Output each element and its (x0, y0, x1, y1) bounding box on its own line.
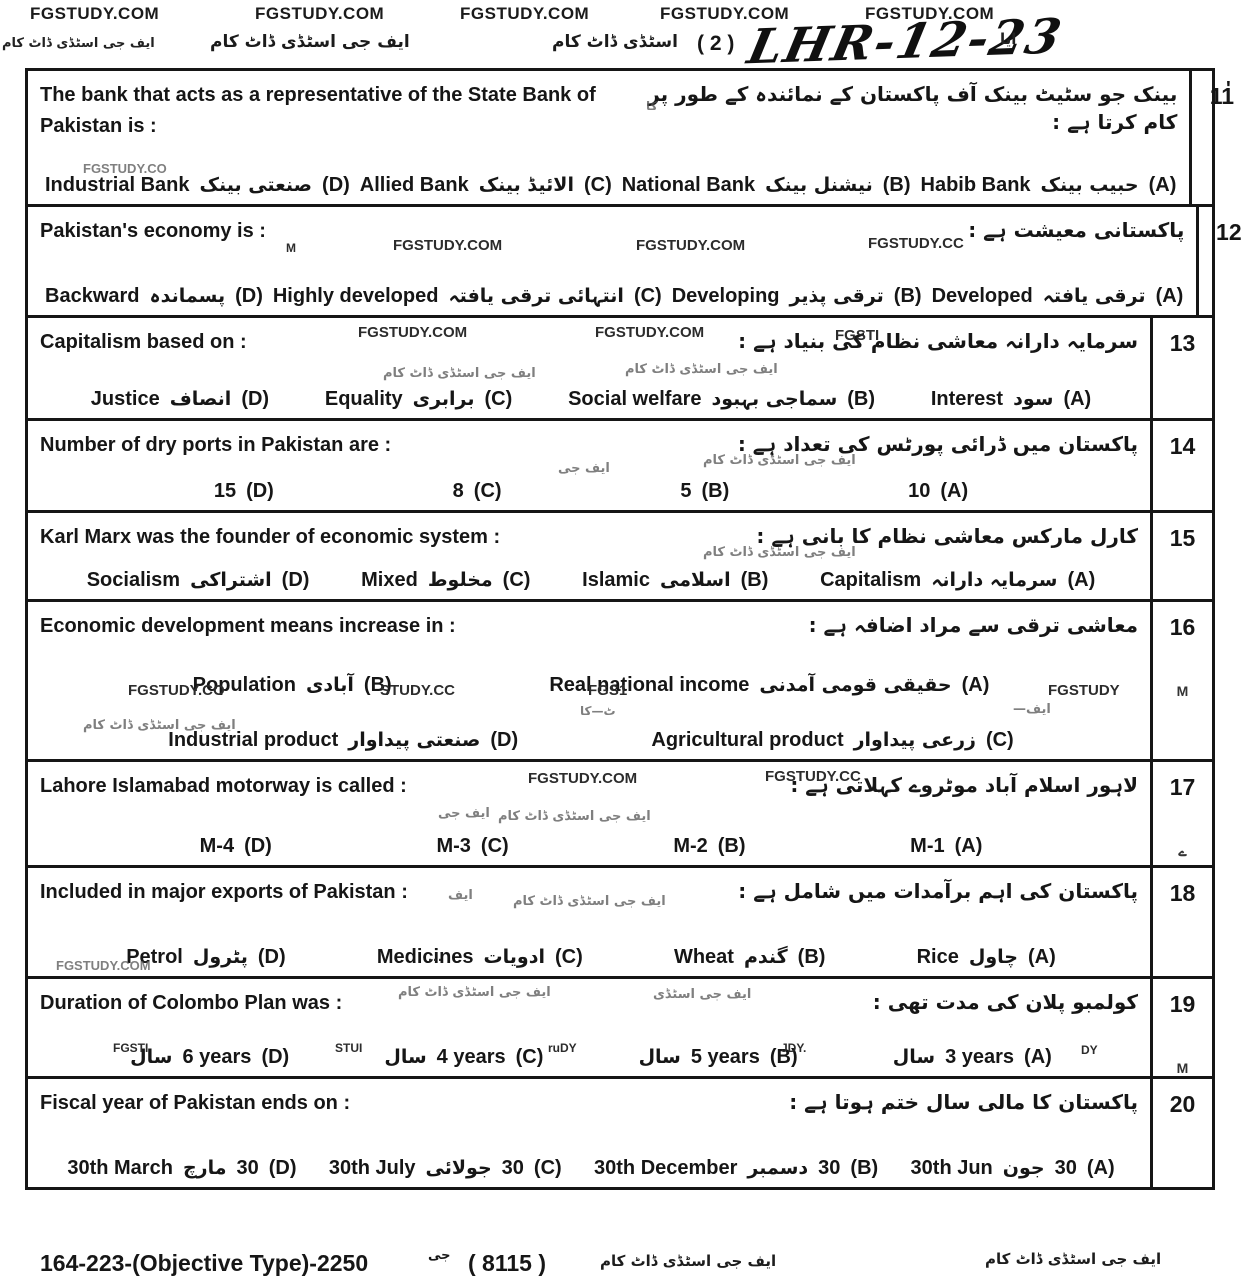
option-text: (A) (962, 674, 990, 696)
option-B: 30th Decemberدسمبر30(B) (589, 1157, 883, 1180)
watermark-fragment: FGS1 (588, 682, 627, 699)
option-text: (B) (798, 946, 826, 968)
watermark-fragment: FGSTI (113, 1041, 148, 1055)
watermark-fragment: FGSTUDY.CC (868, 235, 964, 252)
option-text-ur: سود (1013, 388, 1053, 410)
number-cell-fragment: ے (1153, 843, 1212, 860)
option-A: Capitalismسرمایہ دارانہ(A) (815, 569, 1100, 592)
option-text: (A) (1024, 1046, 1052, 1068)
question-number: 20 (1170, 1091, 1196, 1117)
watermark-fragment: FGSTUDY.COM (528, 770, 637, 787)
option-text: Medicines (377, 946, 474, 968)
options-row: Interestسود(A)Social welfareسماجی بہبود(… (40, 388, 1142, 411)
option-A: Interestسود(A) (926, 388, 1096, 411)
question-cell: The bank that acts as a representative o… (28, 71, 1189, 204)
watermark-fragment: ruDY (548, 1041, 577, 1055)
question-number: 19 (1170, 991, 1196, 1017)
question-text-en: The bank that acts as a representative o… (40, 80, 616, 142)
option-D: Socialismاشتراکی(D) (82, 569, 315, 592)
urdu-fragment: ایا (1000, 30, 1016, 48)
urdu-watermark: ایف جی اسٹڈی ڈاٹ کام (985, 1250, 1161, 1268)
question-text-ur: پاکستان کی اہم برآمدات میں شامل ہے : (738, 877, 1142, 905)
option-text-ur: اسلامی (660, 569, 731, 591)
question-text-en: Pakistan's economy is : (40, 216, 266, 247)
question-text-en: Included in major exports of Pakistan : (40, 877, 408, 908)
option-text: 30th December (594, 1157, 737, 1179)
option-text: (A) (1067, 569, 1095, 591)
option-text-ur: ترقی پذیر (790, 285, 884, 307)
question-number: 18 (1170, 880, 1196, 906)
option-text: National Bank (622, 174, 755, 196)
option-text: 15 (214, 480, 236, 502)
question-cell: Karl Marx was the founder of economic sy… (28, 513, 1150, 599)
option-text: M-3 (436, 835, 470, 857)
question-number-cell: 20 (1150, 1079, 1212, 1187)
options-row: Riceچاول(A)Wheatگندم(B)Medicinesادویات(C… (40, 946, 1142, 969)
option-text-ur: سال (893, 1046, 935, 1068)
option-A: Developedترقی یافتہ(A) (927, 285, 1189, 308)
watermark-fragment: ایف جی اسٹڈی ڈاٹ کام (703, 545, 856, 560)
question-row: Economic development means increase in :… (28, 602, 1212, 762)
question-row: Number of dry ports in Pakistan are :پاک… (28, 421, 1212, 513)
option-D: Backwardپسماندہ(D) (40, 285, 268, 308)
watermark-fragment: FGSTUDY.COM (636, 237, 745, 254)
option-text: 5 (680, 480, 691, 502)
option-text: (D) (261, 1046, 289, 1068)
option-text: 4 years (437, 1046, 506, 1068)
question-cell: Duration of Colombo Plan was :کولمبو پلا… (28, 979, 1150, 1076)
watermark-fragment: ایف جی اسٹڈی ڈاٹ کام (398, 985, 551, 1000)
option-text: (C) (986, 729, 1014, 751)
option-text: 30 (236, 1157, 258, 1179)
option-C: Allied Bankالائیڈ بینک(C) (355, 174, 617, 197)
option-A: Riceچاول(A) (912, 946, 1061, 969)
watermark-fragment: M (286, 241, 296, 255)
option-D: M-4(D) (195, 835, 277, 858)
option-text-ur: جولائی (426, 1157, 492, 1179)
question-text-ur: کولمبو پلان کی مدت تھی : (873, 988, 1142, 1016)
option-text-ur: سال (384, 1046, 426, 1068)
watermark-fragment: DY (1081, 1043, 1098, 1057)
question-number: 15 (1170, 525, 1196, 551)
option-text: (A) (1149, 174, 1177, 196)
question-row: The bank that acts as a representative o… (28, 71, 1212, 207)
option-text: Mixed (361, 569, 418, 591)
option-D: سال6 years(D) (125, 1046, 294, 1069)
option-text: (A) (1028, 946, 1056, 968)
option-text: Wheat (674, 946, 734, 968)
option-text: (A) (1156, 285, 1184, 307)
question-text-en: Karl Marx was the founder of economic sy… (40, 522, 500, 553)
option-text: (C) (584, 174, 612, 196)
option-text: 30th March (67, 1157, 173, 1179)
question-number: 14 (1170, 433, 1196, 459)
option-text: 8 (453, 480, 464, 502)
option-text-ur: صنعتی بینک (199, 174, 312, 196)
option-text: Highly developed (273, 285, 439, 307)
paper-code: 164-223-(Objective Type)-2250 (40, 1250, 368, 1277)
urdu-fragment: جی (428, 1248, 451, 1263)
option-text: (A) (1063, 388, 1091, 410)
question-row: Capitalism based on :سرمایہ دارانہ معاشی… (28, 318, 1212, 421)
watermark-fragment: ایف جی اسٹڈی ڈاٹ کام (703, 453, 856, 468)
option-C: سال4 years(C) (379, 1046, 548, 1069)
option-text-ur: سال (639, 1046, 681, 1068)
option-D: 15(D) (209, 480, 279, 503)
watermark-fragment: ایف جی اسٹڈی (653, 987, 751, 1002)
option-C: 30th Julyجولائی30(C) (324, 1157, 567, 1180)
option-C: Medicinesادویات(C) (372, 946, 588, 969)
option-text-ur: اشتراکی (190, 569, 272, 591)
option-text-ur: پسماندہ (150, 285, 226, 307)
option-text-ur: پٹرول (193, 946, 248, 968)
option-B: Wheatگندم(B) (669, 946, 830, 969)
option-text: Rice (917, 946, 959, 968)
watermark-fragment: ٹ—کا (580, 704, 616, 718)
option-text: (B) (883, 174, 911, 196)
option-B: 5(B) (675, 480, 734, 503)
option-text: (D) (258, 946, 286, 968)
option-text: 30 (818, 1157, 840, 1179)
question-number-cell: 11 (1189, 71, 1250, 204)
watermark-fragment: FGSTUDY (1048, 682, 1120, 699)
question-row: Lahore Islamabad motorway is called :لاہ… (28, 762, 1212, 868)
option-text: (C) (481, 835, 509, 857)
option-text: 30th July (329, 1157, 416, 1179)
question-cell: Pakistan's economy is :پاکستانی معیشت ہے… (28, 207, 1196, 315)
option-text-ur: مخلوط (428, 569, 493, 591)
watermark-fragment: FGSTUDY.COM (56, 958, 151, 973)
option-text: (D) (244, 835, 272, 857)
option-text: (C) (474, 480, 502, 502)
option-text: (B) (718, 835, 746, 857)
option-text: 10 (908, 480, 930, 502)
question-text-ur: پاکستان کا مالی سال ختم ہوتا ہے : (789, 1088, 1142, 1116)
option-text: (B) (702, 480, 730, 502)
watermark-fragment: STUI (335, 1041, 362, 1055)
question-cell: Lahore Islamabad motorway is called :لاہ… (28, 762, 1150, 865)
option-text: M-4 (200, 835, 234, 857)
urdu-watermark: ایف جی اسٹڈی ڈاٹ کام (210, 32, 410, 52)
question-text-ur: پاکستانی معیشت ہے : (968, 216, 1188, 244)
option-text-ur: برابری (413, 388, 475, 410)
options-row: سال3 years(A)سال5 years(B)سال4 years(C)س… (40, 1046, 1142, 1069)
question-number: 16 (1170, 614, 1196, 640)
option-text: (D) (235, 285, 263, 307)
option-text: (D) (490, 729, 518, 751)
option-text: 30 (1055, 1157, 1077, 1179)
option-text: (D) (282, 569, 310, 591)
option-text: Interest (931, 388, 1003, 410)
option-text-ur: آبادی (306, 674, 354, 696)
questions-table: The bank that acts as a representative o… (25, 68, 1215, 1190)
question-number: 13 (1170, 330, 1196, 356)
question-number-cell: 19M (1150, 979, 1212, 1076)
scanned-exam-page: FGSTUDY.COM FGSTUDY.COM FGSTUDY.COM FGST… (0, 0, 1250, 1287)
question-text-ur: بینک جو سٹیٹ بینک آف پاکستان کے نمائندہ … (616, 80, 1182, 136)
question-number: 17 (1170, 774, 1196, 800)
urdu-watermark: اسٹڈی ڈاٹ کام (552, 32, 678, 52)
option-text-ur: سماجی بہبود (711, 388, 837, 410)
question-number: 11 (1210, 83, 1234, 109)
option-text: M-1 (910, 835, 944, 857)
watermark-fragment: JDY. (781, 1041, 806, 1055)
options-row: Developedترقی یافتہ(A)Developingترقی پذی… (40, 285, 1188, 308)
page-footer: 164-223-(Objective Type)-2250 جی ( 8115 … (0, 1248, 1250, 1287)
option-text-ur: ادویات (484, 946, 545, 968)
option-text: Agricultural product (651, 729, 843, 751)
watermark-fragment: FGSTI (835, 327, 879, 344)
question-text-en: Economic development means increase in : (40, 611, 456, 642)
option-D: Industrial Bankصنعتی بینک(D) (40, 174, 355, 197)
option-text-ur: زرعی پیداوار (854, 729, 976, 751)
option-text: Islamic (582, 569, 650, 591)
site-watermark: FGSTUDY.COM (30, 4, 159, 24)
option-text: (D) (246, 480, 274, 502)
option-text-ur: چاول (969, 946, 1018, 968)
site-watermark: FGSTUDY.COM (255, 4, 384, 24)
watermark-fragment: STUDY.CC (380, 682, 455, 699)
question-number-cell: 18 (1150, 868, 1212, 976)
options-row: Capitalismسرمایہ دارانہ(A)Islamicاسلامی(… (40, 569, 1142, 592)
option-C: Highly developedانتہائی ترقی یافتہ(C) (268, 285, 667, 308)
option-text-ur: حبیب بینک (1041, 174, 1139, 196)
question-text-en: Number of dry ports in Pakistan are : (40, 430, 391, 461)
option-text-ur: مارچ (183, 1157, 227, 1179)
question-cell: Number of dry ports in Pakistan are :پاک… (28, 421, 1150, 510)
option-C: 8(C) (448, 480, 507, 503)
option-text-ur: ترقی یافتہ (1043, 285, 1146, 307)
watermark-fragment: ایف— (1013, 702, 1051, 717)
option-text-ur: صنعتی پیداوار (348, 729, 480, 751)
option-text: 3 years (945, 1046, 1014, 1068)
watermark-fragment: ایف جی (558, 461, 610, 476)
question-text-ur: معاشی ترقی سے مراد اضافہ ہے : (809, 611, 1142, 639)
option-D: 30th Marchمارچ30(D) (62, 1157, 301, 1180)
paper-serial: ( 8115 ) (468, 1250, 546, 1277)
number-cell-fragment: M (1153, 683, 1212, 699)
option-text: Justice (91, 388, 160, 410)
question-text-en: Capitalism based on : (40, 327, 247, 358)
options-row: 10(A)5(B)8(C)15(D) (40, 480, 1142, 503)
option-text: Backward (45, 285, 140, 307)
question-number-cell: 17ے (1150, 762, 1212, 865)
watermark-fragment: کا (646, 99, 657, 113)
option-text: (C) (555, 946, 583, 968)
options-row: Habib Bankحبیب بینک(A)National Bankنیشنل… (40, 174, 1181, 197)
option-text: 30th Jun (911, 1157, 993, 1179)
option-text-ur: الائیڈ بینک (479, 174, 574, 196)
option-text: 6 years (182, 1046, 251, 1068)
option-text: (D) (322, 174, 350, 196)
option-text: Capitalism (820, 569, 921, 591)
option-text: Real national income (549, 674, 749, 696)
option-text: (D) (241, 388, 269, 410)
question-text-en: Lahore Islamabad motorway is called : (40, 771, 407, 802)
option-B: Developingترقی پذیر(B) (667, 285, 927, 308)
watermark-fragment: ··· (428, 952, 443, 969)
option-text: (C) (503, 569, 531, 591)
option-text: 5 years (691, 1046, 760, 1068)
option-text-ur: سرمایہ دارانہ (931, 569, 1057, 591)
watermark-fragment: ایف جی اسٹڈی ڈاٹ کام (383, 366, 536, 381)
page-header: FGSTUDY.COM FGSTUDY.COM FGSTUDY.COM FGST… (0, 0, 1250, 68)
question-number-cell: 16M (1150, 602, 1212, 759)
option-B: Social welfareسماجی بہبود(B) (563, 388, 880, 411)
question-row: Karl Marx was the founder of economic sy… (28, 513, 1212, 602)
option-C: M-3(C) (431, 835, 513, 858)
option-text: Socialism (87, 569, 180, 591)
option-text-ur: گندم (744, 946, 788, 968)
question-row: Included in major exports of Pakistan :پ… (28, 868, 1212, 979)
question-number: 12 (1216, 219, 1242, 245)
watermark-fragment: FGSTUDY.COM (393, 237, 502, 254)
watermark-fragment: ایف (448, 888, 473, 903)
option-C: Agricultural productزرعی پیداوار(C) (646, 729, 1018, 752)
watermark-fragment: FGSTUDY.COM (595, 324, 704, 341)
option-text-ur: انتہائی ترقی یافتہ (448, 285, 623, 307)
option-C: Mixedمخلوط(C) (356, 569, 535, 592)
question-cell: Capitalism based on :سرمایہ دارانہ معاشی… (28, 318, 1150, 418)
watermark-fragment: ایف جی اسٹڈی ڈاٹ کام (498, 809, 651, 824)
option-text: (B) (850, 1157, 878, 1179)
question-cell: Economic development means increase in :… (28, 602, 1150, 759)
option-text: 30 (502, 1157, 524, 1179)
urdu-watermark: ایف جی اسٹڈی ڈاٹ کام (600, 1252, 776, 1270)
option-text: (B) (894, 285, 922, 307)
option-B: M-2(B) (668, 835, 750, 858)
question-number-cell: 14 (1150, 421, 1212, 510)
option-text-ur: انصاف (170, 388, 232, 410)
options-row: 30th Junجون30(A)30th Decemberدسمبر30(B)3… (40, 1157, 1142, 1180)
handwritten-paper-code: LHR-12-23 (743, 9, 1068, 76)
option-text: (B) (847, 388, 875, 410)
watermark-fragment: FGSTUDY.CO (83, 161, 167, 176)
option-D: Justiceانصاف(D) (86, 388, 274, 411)
option-text-ur: جون (1003, 1157, 1045, 1179)
option-text: Habib Bank (921, 174, 1031, 196)
option-text: (A) (955, 835, 983, 857)
option-A: M-1(A) (905, 835, 987, 858)
question-number-cell: 12 (1196, 207, 1250, 315)
option-text-ur: دسمبر (747, 1157, 808, 1179)
question-text-en: Fiscal year of Pakistan ends on : (40, 1088, 350, 1119)
option-text: (B) (741, 569, 769, 591)
question-row: Fiscal year of Pakistan ends on :پاکستان… (28, 1079, 1212, 1187)
option-text: M-2 (673, 835, 707, 857)
option-text: Industrial Bank (45, 174, 189, 196)
option-text: (C) (485, 388, 513, 410)
option-text-ur: نیشنل بینک (765, 174, 873, 196)
watermark-fragment: FGSTUDY.COM (358, 324, 467, 341)
option-B: Islamicاسلامی(B) (577, 569, 773, 592)
option-A: 30th Junجون30(A) (906, 1157, 1120, 1180)
option-text: Equality (325, 388, 403, 410)
option-text: (A) (940, 480, 968, 502)
watermark-fragment: ایف جی (438, 806, 490, 821)
question-row: Pakistan's economy is :پاکستانی معیشت ہے… (28, 207, 1212, 318)
question-number-cell: 13 (1150, 318, 1212, 418)
site-watermark: FGSTUDY.COM (460, 4, 589, 24)
question-text-en: Duration of Colombo Plan was : (40, 988, 342, 1019)
option-text: Developing (672, 285, 780, 307)
watermark-fragment: ایف جی اسٹڈی ڈاٹ کام (513, 894, 666, 909)
option-text: (D) (269, 1157, 297, 1179)
question-row: Duration of Colombo Plan was :کولمبو پلا… (28, 979, 1212, 1079)
option-A: 10(A) (903, 480, 973, 503)
page-number: ( 2 ) (697, 32, 734, 56)
options-row: M-1(A)M-2(B)M-3(C)M-4(D) (40, 835, 1142, 858)
option-B: سال5 years(B) (634, 1046, 803, 1069)
option-text: Allied Bank (360, 174, 469, 196)
urdu-watermark: ایف جی اسٹڈی ڈاٹ کام (2, 36, 155, 51)
option-text: Developed (932, 285, 1033, 307)
option-text: (C) (516, 1046, 544, 1068)
question-cell: Included in major exports of Pakistan :پ… (28, 868, 1150, 976)
option-text: Social welfare (568, 388, 701, 410)
watermark-fragment: ایف جی اسٹڈی ڈاٹ کام (83, 718, 236, 733)
question-text-ur: سرمایہ دارانہ معاشی نظام کی بنیاد ہے : (738, 327, 1142, 355)
option-text: (C) (634, 285, 662, 307)
option-text: (C) (534, 1157, 562, 1179)
question-number-cell: 15 (1150, 513, 1212, 599)
option-text-ur: حقیقی قومی آمدنی (759, 674, 951, 696)
question-cell: Fiscal year of Pakistan ends on :پاکستان… (28, 1079, 1150, 1187)
option-B: National Bankنیشنل بینک(B) (617, 174, 916, 197)
watermark-fragment: FGSTUDY.CC (765, 768, 861, 785)
watermark-fragment: FGSTUDY.CO (128, 682, 225, 699)
number-cell-fragment: M (1153, 1060, 1212, 1076)
option-text: (A) (1087, 1157, 1115, 1179)
watermark-fragment: ایف جی اسٹڈی ڈاٹ کام (625, 362, 778, 377)
option-C: Equalityبرابری(C) (320, 388, 517, 411)
option-A: سال3 years(A) (888, 1046, 1057, 1069)
option-A: Habib Bankحبیب بینک(A) (916, 174, 1182, 197)
